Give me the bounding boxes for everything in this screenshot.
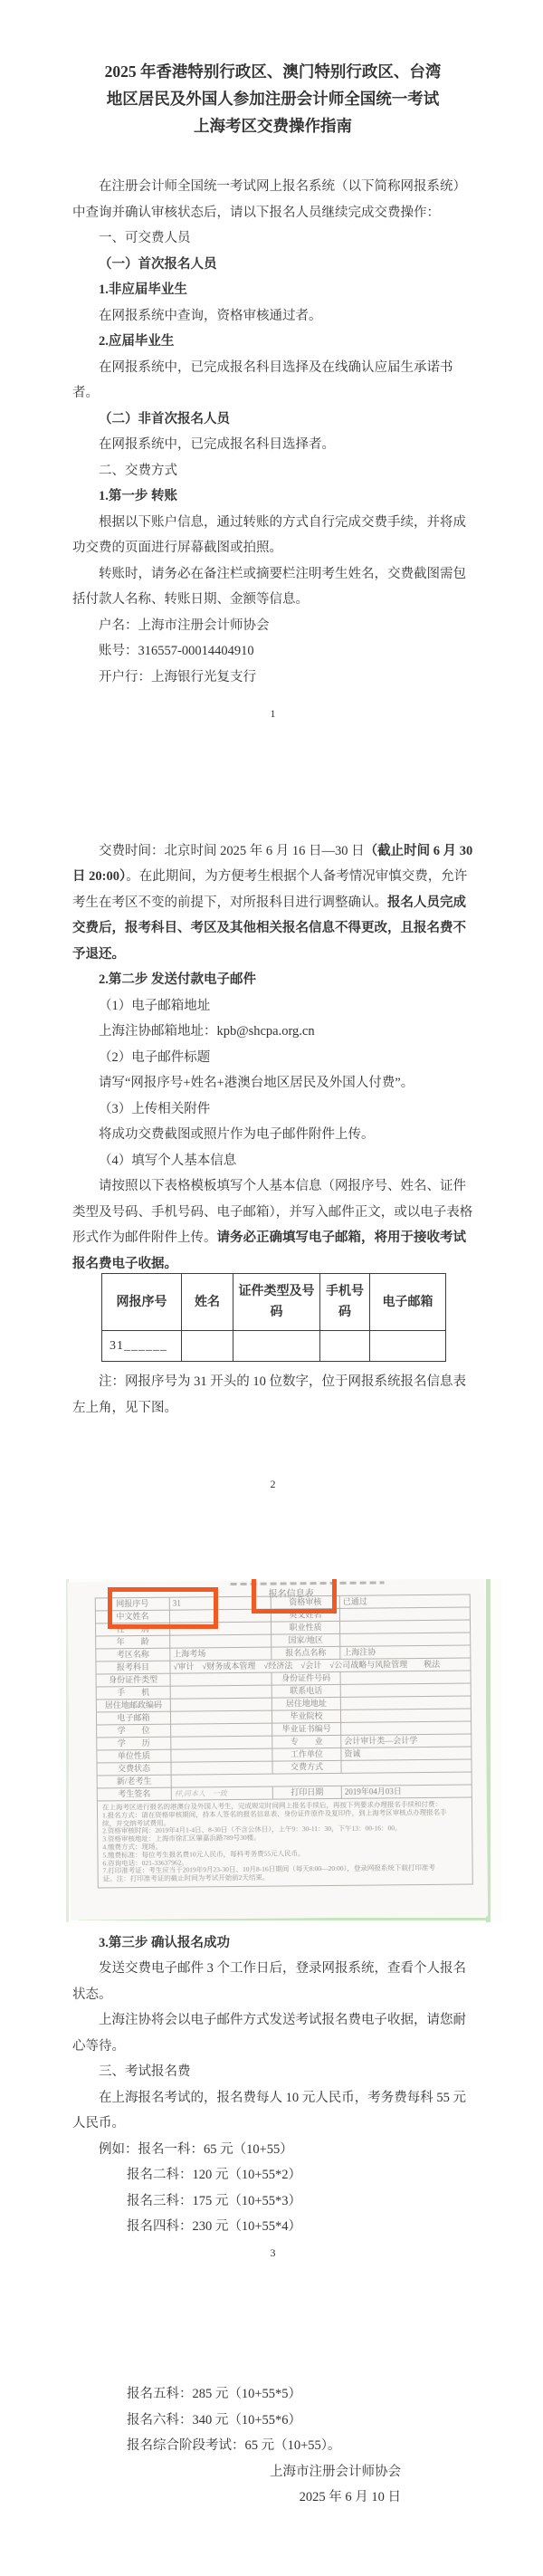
page-number-2: 2 xyxy=(72,1471,473,1498)
highlight-box-serial-number xyxy=(108,1587,218,1629)
form-label: 职业性质 xyxy=(271,1621,340,1634)
fee-1: 报名一科：65 元（10+55） xyxy=(138,2142,293,2157)
form-label: 单位性质 xyxy=(97,1749,171,1763)
fee-6: 报名六科：340 元（10+55*6） xyxy=(127,2408,473,2434)
form-value xyxy=(341,1721,472,1735)
heading-step2-s3: （3）上传相关附件 xyxy=(72,1096,473,1123)
table-row: 31______ xyxy=(102,1331,446,1362)
form-label: 毕业证书编号 xyxy=(272,1722,341,1736)
para-note: 注：网报序号为 31 开头的 10 位数字，位于网报系统报名信息表左上角，见下图… xyxy=(72,1369,473,1421)
form-value xyxy=(340,1633,471,1646)
form-value: 上海考场 xyxy=(170,1647,271,1661)
document-title: 2025 年香港特别行政区、澳门特别行政区、台湾 地区居民及外国人参加注册会计师… xyxy=(72,58,473,139)
heading-sec2: 二、交费方式 xyxy=(72,458,473,484)
form-label: 毕业院校 xyxy=(271,1709,340,1723)
form-value xyxy=(171,1761,272,1775)
document-page: 2025 年香港特别行政区、澳门特别行政区、台湾 地区居民及外国人参加注册会计师… xyxy=(0,0,543,2511)
highlight-box-form-title xyxy=(252,1579,337,1614)
heading-sec1-item2: 2.应届毕业生 xyxy=(72,329,473,355)
form-label: 手 机 xyxy=(96,1686,170,1700)
fee-5: 报名五科：285 元（10+55*5） xyxy=(127,2381,473,2408)
heading-step1: 1.第一步 转账 xyxy=(72,484,473,510)
form-value: 2019年04月03日 xyxy=(341,1784,472,1797)
heading-step2-s4: （4）填写个人基本信息 xyxy=(72,1148,473,1174)
photo-paper-content: 报名信息表 网报序号31资格审核已通过 中文姓名英文姓名 性 别职业性质 年 龄… xyxy=(68,1579,489,1920)
signature-org: 上海市注册会计师协会 xyxy=(72,2459,473,2485)
form-label: 电子邮箱 xyxy=(96,1711,170,1725)
form-value xyxy=(170,1634,271,1648)
fee-example-label: 例如： xyxy=(99,2142,138,2157)
form-label: 新/老考生 xyxy=(97,1775,171,1788)
signature-date: 2025 年 6 月 10 日 xyxy=(72,2485,473,2511)
account-name: 户名：上海市注册会计师协会 xyxy=(72,613,473,639)
col-header-email: 电子邮箱 xyxy=(370,1274,446,1331)
para-pay-time: 交费时间：北京时间 2025 年 6 月 16 日—30 日（截止时间 6 月 … xyxy=(72,838,473,968)
title-line-2: 地区居民及外国人参加注册会计师全国统一考试 xyxy=(72,85,473,112)
fee-4: 报名四科：230 元（10+55*4） xyxy=(127,2214,473,2240)
account-number: 账号：316557-00014404910 xyxy=(72,638,473,665)
cell-name xyxy=(182,1331,233,1362)
fee-2: 报名二科：120 元（10+55*2） xyxy=(127,2162,473,2188)
page-number-1: 1 xyxy=(72,701,473,727)
para-sec1-item1: 在网报系统中查询，资格审核通过者。 xyxy=(72,303,473,330)
account-bank: 开户行：上海银行光复支行 xyxy=(72,665,473,691)
form-value xyxy=(170,1685,271,1699)
cell-serial: 31______ xyxy=(102,1331,182,1362)
form-label: 身份证件号码 xyxy=(271,1671,340,1685)
form-value xyxy=(170,1672,271,1686)
pay-time-text: 交费时间：北京时间 2025 年 6 月 16 日—30 日 xyxy=(99,844,365,858)
para-step3-2: 上海注协将会以电子邮件方式发送考试报名费电子收据，请您耐心等待。 xyxy=(72,2007,473,2059)
form-value: 上海注协 xyxy=(340,1645,471,1659)
heading-step2: 2.第二步 发送付款电子邮件 xyxy=(72,967,473,993)
form-label: 联系电话 xyxy=(271,1684,340,1698)
heading-step2-s1: （1）电子邮箱地址 xyxy=(72,993,473,1020)
title-line-3: 上海考区交费操作指南 xyxy=(72,112,473,139)
fee-3: 报名三科：175 元（10+55*3） xyxy=(127,2188,473,2215)
para-step1-1: 根据以下账户信息，通过转账的方式自行完成交费手续，并将成功交费的页面进行屏幕截图… xyxy=(72,510,473,561)
form-label: 交费方式 xyxy=(272,1760,341,1774)
form-label: 工作单位 xyxy=(272,1748,341,1761)
page-number-3: 3 xyxy=(72,2240,473,2266)
heading-sec1: 一、可交费人员 xyxy=(72,225,473,252)
form-label: 考生签名 xyxy=(97,1787,171,1801)
para-step2-s1: 上海注协邮箱地址：kpb@shcpa.org.cn xyxy=(72,1019,473,1045)
form-value: 资诚 xyxy=(341,1747,472,1760)
email-template-table: 网报序号 姓名 证件类型及号码 手机号码 电子邮箱 31______ xyxy=(101,1273,446,1362)
form-value xyxy=(171,1748,272,1762)
form-footnote-row: 在上海考区进行报名的港澳台及外国人考生，完成规定时间网上报名手续后，再按下列要求… xyxy=(97,1796,472,1887)
title-line-1: 2025 年香港特别行政区、澳门特别行政区、台湾 xyxy=(72,58,473,85)
form-label: 身份证件类型 xyxy=(96,1673,170,1687)
cell-email xyxy=(370,1331,446,1362)
form-value xyxy=(340,1671,471,1684)
form-signature-value: 样,同本人 一致 xyxy=(171,1786,272,1800)
para-step2-s2: 请写“网报序号+姓名+港澳台地区居民及外国人付费”。 xyxy=(72,1070,473,1096)
form-value: 会计审计类—会计学 xyxy=(341,1734,472,1748)
col-header-id: 证件类型及号码 xyxy=(233,1274,320,1331)
para-sec1-sub2: 在网报系统中，已完成报名科目选择者。 xyxy=(72,432,473,458)
form-label: 居住地邮政编码 xyxy=(96,1699,170,1712)
col-header-name: 姓名 xyxy=(182,1274,233,1331)
para-step3-1: 发送交费电子邮件 3 个工作日后，登录网报系统，查看个人报名状态。 xyxy=(72,1956,473,2007)
form-label: 报考科目 xyxy=(96,1661,170,1674)
photo-paper: 报名信息表 网报序号31资格审核已通过 中文姓名英文姓名 性 别职业性质 年 龄… xyxy=(68,1579,489,1920)
heading-sec3: 三、考试报名费 xyxy=(72,2059,473,2085)
form-value xyxy=(340,1709,471,1722)
form-value xyxy=(170,1698,271,1711)
form-value xyxy=(339,1620,470,1633)
fee-7: 报名综合阶段考试：65 元（10+55）。 xyxy=(127,2433,473,2459)
form-label: 学 位 xyxy=(97,1724,171,1738)
cell-phone xyxy=(320,1331,370,1362)
form-value xyxy=(340,1683,471,1697)
heading-sec1-sub2: （二）非首次报名人员 xyxy=(72,407,473,433)
table-header-row: 网报序号 姓名 证件类型及号码 手机号码 电子邮箱 xyxy=(102,1274,446,1331)
form-footnote: 在上海考区进行报名的港澳台及外国人考生，完成规定时间网上报名手续后，再按下列要求… xyxy=(97,1796,472,1887)
para-step1-2: 转账时，请务必在备注栏或摘要栏注明考生姓名，交费截图需包括付款人名称、转账日期、… xyxy=(72,561,473,613)
para-intro: 在注册会计师全国统一考试网上报名系统（以下简称网报系统）中查询并确认审核状态后，… xyxy=(72,174,473,225)
para-step2-s3: 将成功交费截图或照片作为电子邮件附件上传。 xyxy=(72,1122,473,1148)
form-label: 考区名称 xyxy=(96,1648,170,1661)
photo-form-table: 网报序号31资格审核已通过 中文姓名英文姓名 性 别职业性质 年 龄国家/地区 … xyxy=(95,1594,473,1888)
form-value xyxy=(170,1710,271,1724)
signature-scribble: 样,同本人 一致 xyxy=(175,1789,227,1798)
form-value: 已通过 xyxy=(339,1594,470,1608)
form-value xyxy=(339,1607,470,1621)
registration-form-photo: 报名信息表 网报序号31资格审核已通过 中文姓名英文姓名 性 别职业性质 年 龄… xyxy=(66,1579,502,1922)
heading-step3: 3.第三步 确认报名成功 xyxy=(72,1930,473,1957)
heading-step2-s2: （2）电子邮件标题 xyxy=(72,1045,473,1071)
form-value xyxy=(171,1723,272,1737)
col-header-serial: 网报序号 xyxy=(102,1274,182,1331)
form-label: 年 龄 xyxy=(96,1635,170,1649)
heading-sec1-item1: 1.非应届毕业生 xyxy=(72,277,473,303)
col-header-phone: 手机号码 xyxy=(320,1274,370,1331)
form-label: 国家/地区 xyxy=(271,1633,340,1647)
form-label: 专 业 xyxy=(272,1735,341,1748)
para-sec1-item2: 在网报系统中，已完成报名科目选择及在线确认应届生承诺书者。 xyxy=(72,355,473,407)
heading-sec1-sub1: （一）首次报名人员 xyxy=(72,252,473,278)
form-label: 学 历 xyxy=(97,1737,171,1750)
form-label: 居住地地址 xyxy=(271,1697,340,1710)
form-label: 交费状态 xyxy=(97,1762,171,1776)
form-label: 打印日期 xyxy=(272,1786,341,1799)
form-value xyxy=(341,1759,472,1773)
para-sec3-1: 在上海报名考试的，报名费每人 10 元人民币，考务费每科 55 元人民币。 xyxy=(72,2085,473,2137)
fee-example-line1: 例如：报名一科：65 元（10+55） xyxy=(72,2137,473,2163)
form-value xyxy=(340,1696,471,1709)
para-step2-s4: 请按照以下表格模板填写个人基本信息（网报序号、姓名、证件类型及号码、手机号码、电… xyxy=(72,1173,473,1277)
form-label: 报名点名称 xyxy=(271,1646,340,1660)
form-value xyxy=(171,1736,272,1749)
cell-id xyxy=(233,1331,320,1362)
